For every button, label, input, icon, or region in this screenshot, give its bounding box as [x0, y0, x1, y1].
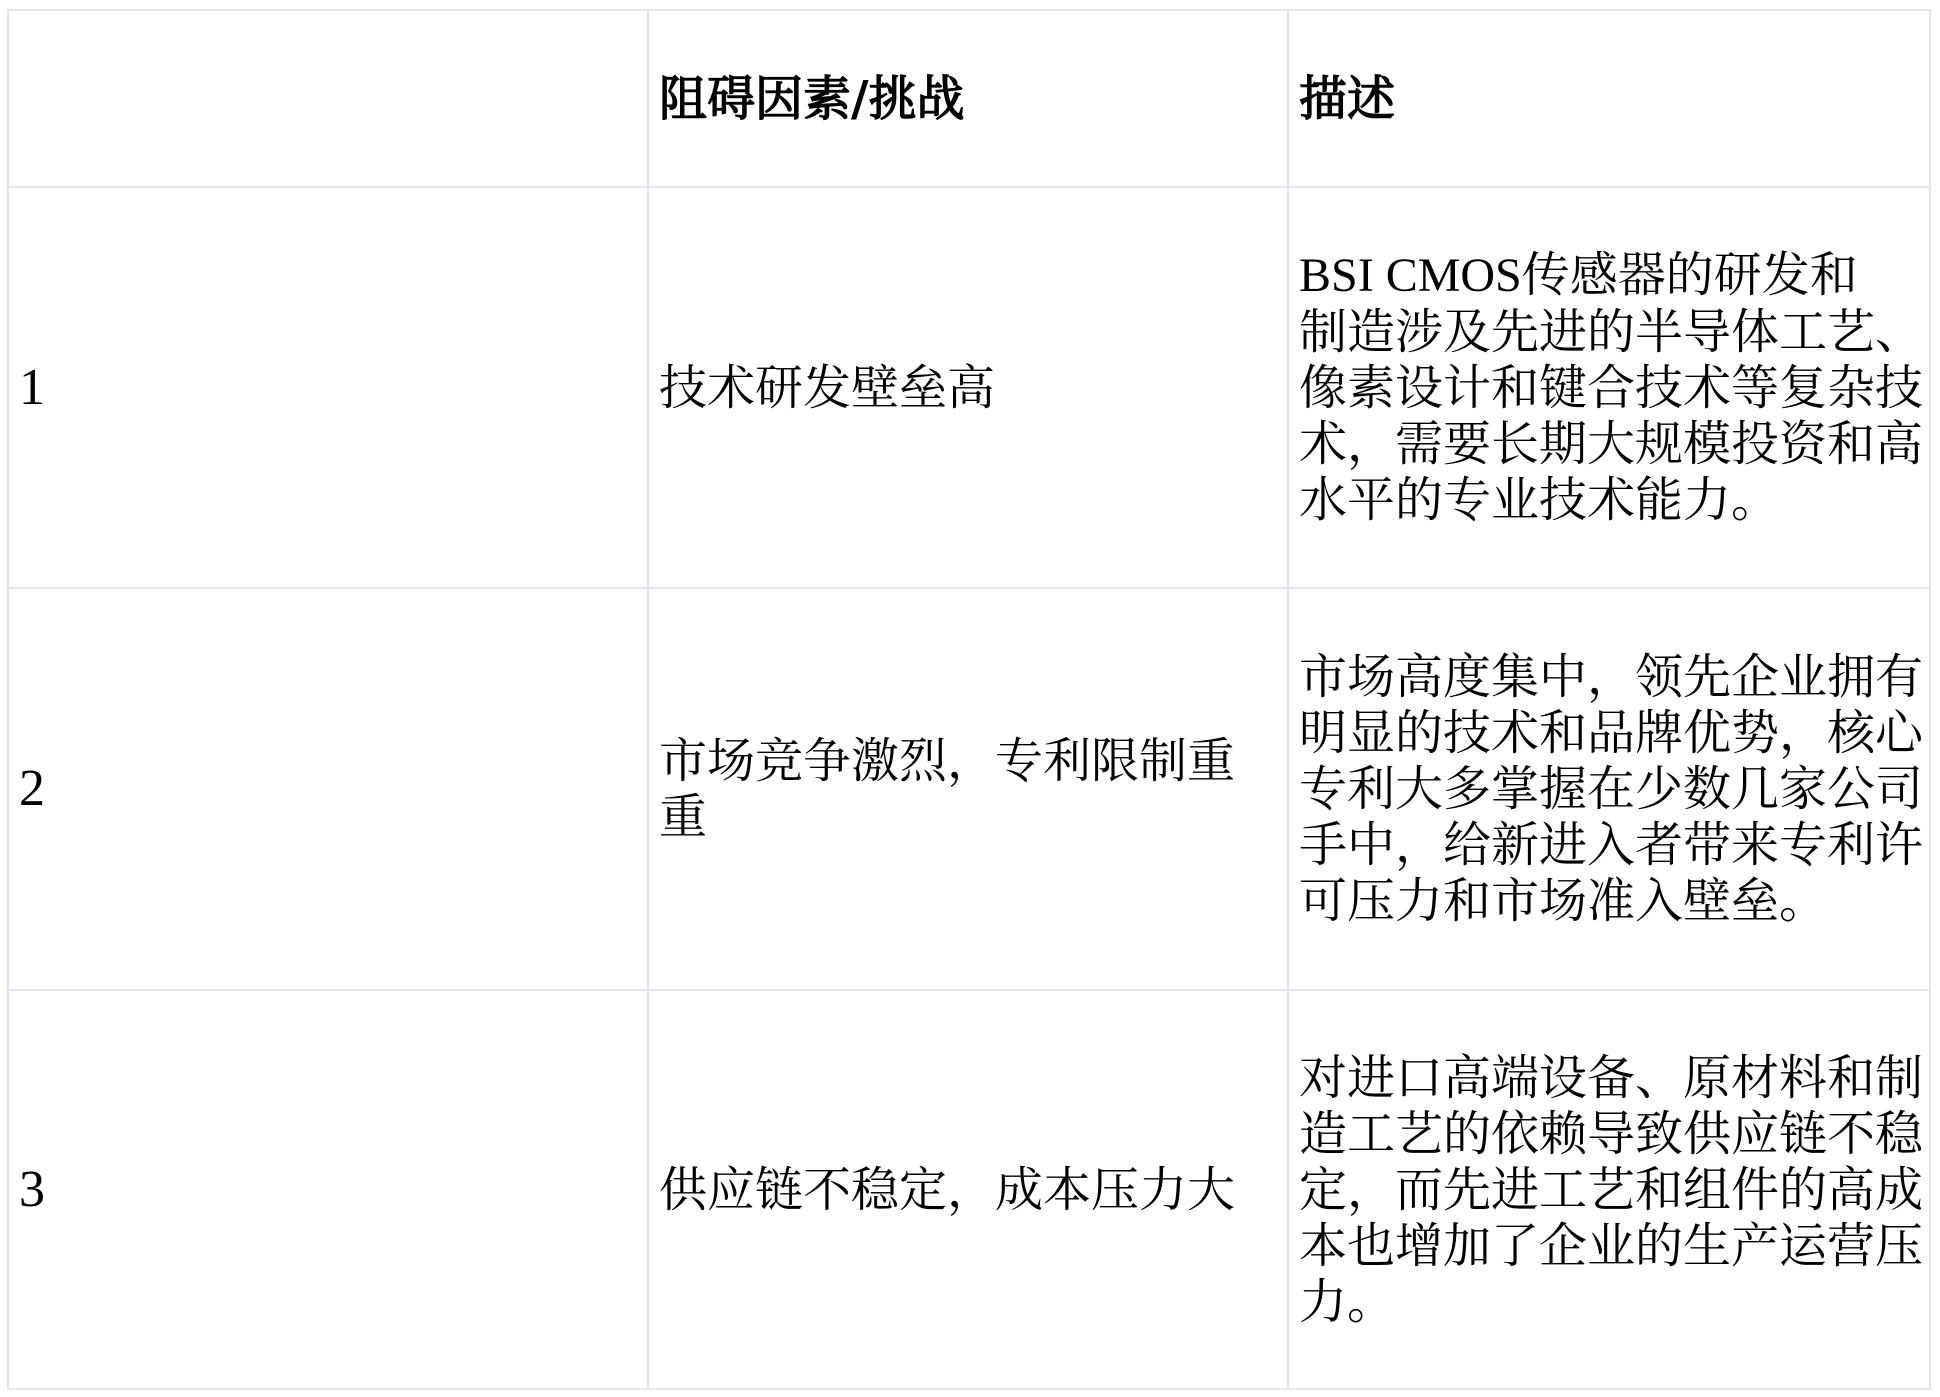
challenge-line: 供应链不稳定，成本压力大	[659, 1162, 1235, 1218]
header-challenge-label: 阻碍因素/挑战	[659, 71, 965, 127]
row-index: 2	[19, 761, 45, 817]
description-cell: 市场高度集中，领先企业拥有 明显的技术和品牌优势，核心 专利大多掌握在少数几家公…	[1289, 589, 1931, 989]
challenge-text: 技术研发壁垒高	[659, 360, 995, 416]
description-line: BSI CMOS传感器的研发和	[1299, 247, 1923, 304]
challenge-cell: 市场竞争激烈，专利限制重 重	[649, 589, 1289, 989]
description-line: 本也增加了企业的生产运营压	[1299, 1218, 1923, 1274]
header-description-label: 描述	[1299, 71, 1395, 127]
description-line: 造工艺的依赖导致供应链不稳	[1299, 1106, 1923, 1162]
table-header-row: 阻碍因素/挑战 描述	[9, 11, 1929, 188]
index-cell: 3	[9, 991, 649, 1388]
description-text: 市场高度集中，领先企业拥有 明显的技术和品牌优势，核心 专利大多掌握在少数几家公…	[1299, 649, 1923, 929]
description-cell: BSI CMOS传感器的研发和 制造涉及先进的半导体工艺、 像素设计和键合技术等…	[1289, 188, 1931, 587]
row-index: 1	[19, 360, 45, 416]
description-line: 力。	[1299, 1274, 1923, 1330]
table-row: 2 市场竞争激烈，专利限制重 重 市场高度集中，领先企业拥有 明显的技术和品牌优…	[9, 589, 1929, 991]
description-line: 市场高度集中，领先企业拥有	[1299, 649, 1923, 705]
description-text: 对进口高端设备、原材料和制 造工艺的依赖导致供应链不稳 定，而先进工艺和组件的高…	[1299, 1050, 1923, 1330]
description-cell: 对进口高端设备、原材料和制 造工艺的依赖导致供应链不稳 定，而先进工艺和组件的高…	[1289, 991, 1931, 1388]
index-cell: 1	[9, 188, 649, 587]
challenge-cell: 技术研发壁垒高	[649, 188, 1289, 587]
description-line: 对进口高端设备、原材料和制	[1299, 1050, 1923, 1106]
challenge-line: 市场竞争激烈，专利限制重	[659, 733, 1235, 789]
description-line: 可压力和市场准入壁垒。	[1299, 873, 1923, 929]
description-text: BSI CMOS传感器的研发和 制造涉及先进的半导体工艺、 像素设计和键合技术等…	[1299, 247, 1923, 528]
description-line: 明显的技术和品牌优势，核心	[1299, 705, 1923, 761]
description-line: 专利大多掌握在少数几家公司	[1299, 761, 1923, 817]
challenges-table: 阻碍因素/挑战 描述 1 技术研发壁垒高 BSI CMOS传感器的研发和 制造涉…	[7, 9, 1931, 1390]
challenge-cell: 供应链不稳定，成本压力大	[649, 991, 1289, 1388]
description-line: 术，需要长期大规模投资和高	[1299, 416, 1923, 472]
description-line: 手中，给新进入者带来专利许	[1299, 817, 1923, 873]
description-line: 水平的专业技术能力。	[1299, 472, 1923, 528]
challenge-text: 供应链不稳定，成本压力大	[659, 1162, 1235, 1218]
challenge-line: 重	[659, 789, 1235, 845]
header-cell-index	[9, 11, 649, 186]
challenge-line: 技术研发壁垒高	[659, 360, 995, 416]
description-line: 像素设计和键合技术等复杂技	[1299, 360, 1923, 416]
table-row: 1 技术研发壁垒高 BSI CMOS传感器的研发和 制造涉及先进的半导体工艺、 …	[9, 188, 1929, 589]
header-cell-challenge: 阻碍因素/挑战	[649, 11, 1289, 186]
row-index: 3	[19, 1162, 45, 1218]
description-line: 制造涉及先进的半导体工艺、	[1299, 304, 1923, 360]
description-line: 定，而先进工艺和组件的高成	[1299, 1162, 1923, 1218]
index-cell: 2	[9, 589, 649, 989]
description-latin-term: BSI CMOS	[1299, 249, 1522, 302]
description-line-text: 传感器的研发和	[1522, 247, 1858, 303]
challenge-text: 市场竞争激烈，专利限制重 重	[659, 733, 1235, 845]
table-row: 3 供应链不稳定，成本压力大 对进口高端设备、原材料和制 造工艺的依赖导致供应链…	[9, 991, 1929, 1388]
header-cell-description: 描述	[1289, 11, 1931, 186]
